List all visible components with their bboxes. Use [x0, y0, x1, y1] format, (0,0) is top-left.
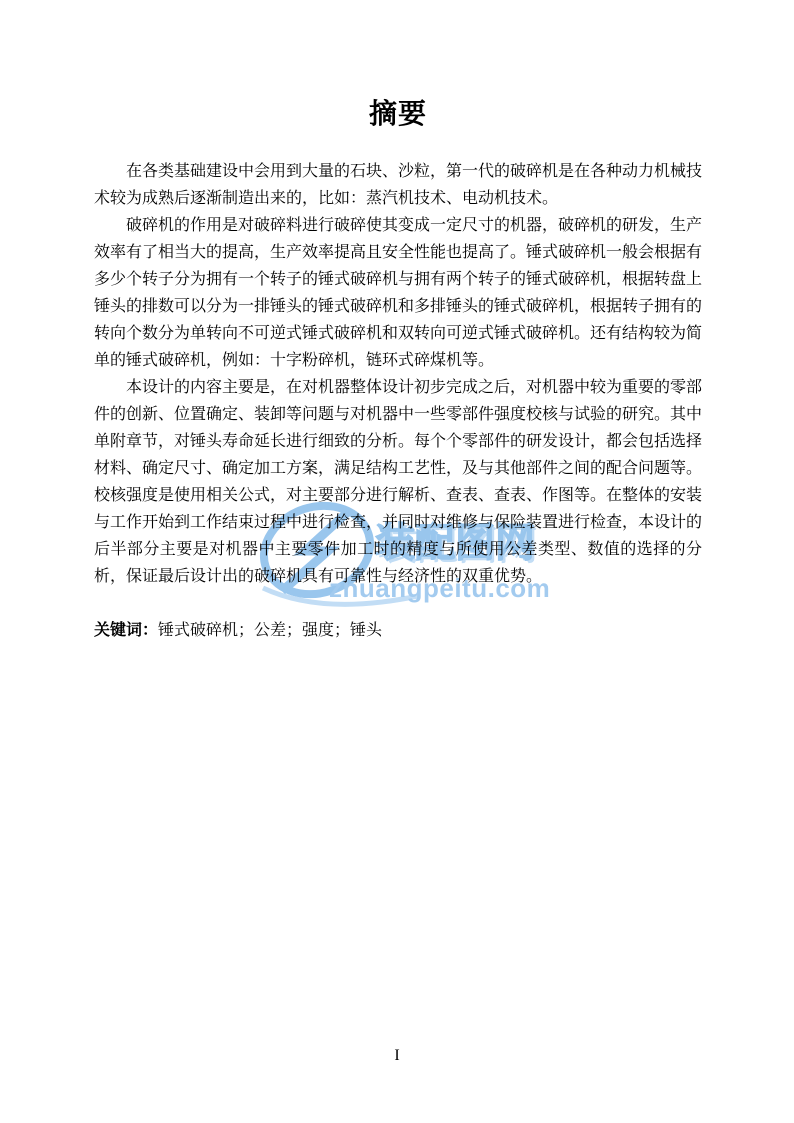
abstract-paragraph-1: 在各类基础建设中会用到大量的石块、沙粒，第一代的破碎机是在各种动力机械技术较为成… [94, 158, 702, 212]
keywords-label: 关键词： [94, 622, 158, 639]
abstract-paragraph-3: 本设计的内容主要是，在对机器整体设计初步完成之后，对机器中较为重要的零部件的创新… [94, 374, 702, 590]
page-number: I [0, 1046, 794, 1066]
abstract-paragraph-2: 破碎机的作用是对破碎料进行破碎使其变成一定尺寸的机器，破碎机的研发，生产效率有了… [94, 212, 702, 374]
keywords-text: 锤式破碎机；公差；强度；锤头 [158, 622, 382, 639]
keywords-line: 关键词：锤式破碎机；公差；强度；锤头 [94, 617, 702, 644]
page-title: 摘要 [94, 96, 702, 132]
document-page: 装配图网 装配图网 zhuangpeitu.com 摘要 在各类基础建设中会用到… [0, 0, 794, 1123]
abstract-content: 摘要 在各类基础建设中会用到大量的石块、沙粒，第一代的破碎机是在各种动力机械技术… [94, 96, 702, 660]
